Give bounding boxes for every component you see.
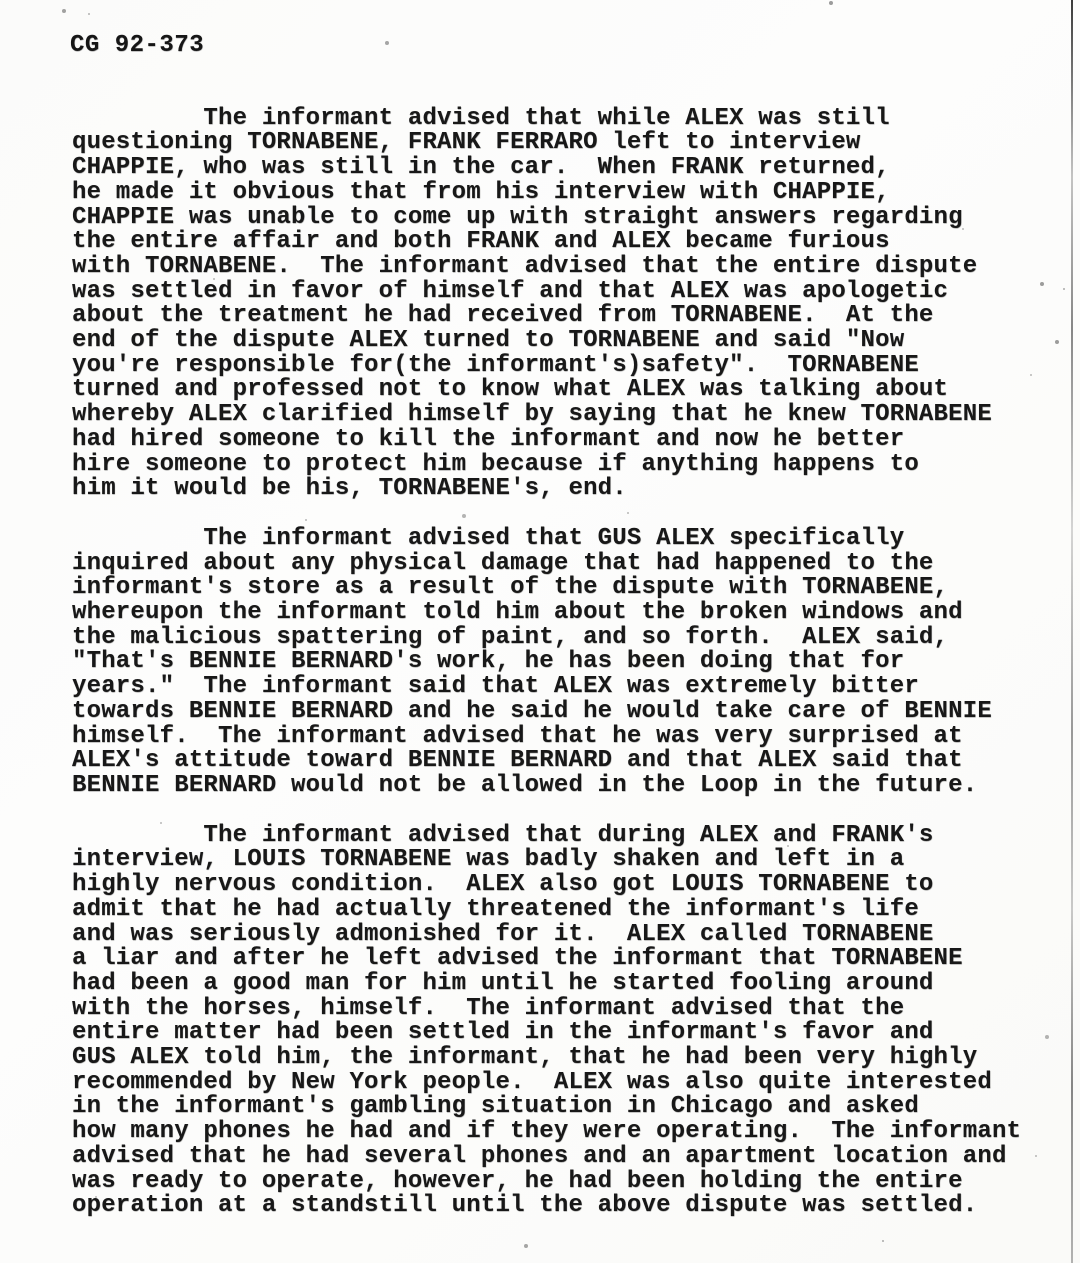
text-line: The informant advised that GUS ALEX spec… (72, 527, 1080, 552)
text-line: BENNIE BERNARD would not be allowed in t… (72, 774, 1080, 799)
text-line: whereupon the informant told him about t… (72, 601, 1080, 626)
text-line: a liar and after he left advised the inf… (72, 947, 1080, 972)
paragraph-1: The informant advised that while ALEX wa… (72, 107, 1080, 502)
text-line: years." The informant said that ALEX was… (72, 675, 1080, 700)
text-line: you're responsible for(the informant's)s… (72, 354, 1080, 379)
text-line: highly nervous condition. ALEX also got … (72, 873, 1080, 898)
text-line: The informant advised that while ALEX wa… (72, 107, 1080, 132)
text-line: hire someone to protect him because if a… (72, 453, 1080, 478)
text-line: had been a good man for him until he sta… (72, 972, 1080, 997)
text-line: ALEX's attitude toward BENNIE BERNARD an… (72, 749, 1080, 774)
paragraph-3: The informant advised that during ALEX a… (72, 824, 1080, 1219)
text-line: towards BENNIE BERNARD and he said he wo… (72, 700, 1080, 725)
text-line: with the horses, himself. The informant … (72, 997, 1080, 1022)
text-line: had hired someone to kill the informant … (72, 428, 1080, 453)
text-line: himself. The informant advised that he w… (72, 725, 1080, 750)
text-line: CHAPPIE, who was still in the car. When … (72, 156, 1080, 181)
text-line: The informant advised that during ALEX a… (72, 824, 1080, 849)
text-line: interview, LOUIS TORNABENE was badly sha… (72, 848, 1080, 873)
text-line: he made it obvious that from his intervi… (72, 181, 1080, 206)
text-line: and was seriously admonished for it. ALE… (72, 923, 1080, 948)
document-body: The informant advised that while ALEX wa… (72, 107, 1080, 1219)
text-line: about the treatment he had received from… (72, 304, 1080, 329)
text-line: was ready to operate, however, he had be… (72, 1170, 1080, 1195)
scan-edge-artifact (1071, 0, 1073, 1263)
text-line: turned and professed not to know what AL… (72, 378, 1080, 403)
text-line: was settled in favor of himself and that… (72, 280, 1080, 305)
text-line: advised that he had several phones and a… (72, 1145, 1080, 1170)
text-line: the malicious spattering of paint, and s… (72, 626, 1080, 651)
text-line: informant's store as a result of the dis… (72, 576, 1080, 601)
text-line: end of the dispute ALEX turned to TORNAB… (72, 329, 1080, 354)
text-line: CHAPPIE was unable to come up with strai… (72, 206, 1080, 231)
text-line: recommended by New York people. ALEX was… (72, 1071, 1080, 1096)
text-line: whereby ALEX clarified himself by saying… (72, 403, 1080, 428)
text-line: how many phones he had and if they were … (72, 1120, 1080, 1145)
text-line: with TORNABENE. The informant advised th… (72, 255, 1080, 280)
scan-speckles (0, 0, 2, 2)
text-line: admit that he had actually threatened th… (72, 898, 1080, 923)
document-page: CG 92-373 The informant advised that whi… (0, 0, 1080, 1263)
text-line: entire matter had been settled in the in… (72, 1021, 1080, 1046)
text-line: operation at a standstill until the abov… (72, 1194, 1080, 1219)
text-line: GUS ALEX told him, the informant, that h… (72, 1046, 1080, 1071)
text-line: him it would be his, TORNABENE's, end. (72, 477, 1080, 502)
text-line: inquired about any physical damage that … (72, 552, 1080, 577)
text-line: the entire affair and both FRANK and ALE… (72, 230, 1080, 255)
text-line: questioning TORNABENE, FRANK FERRARO lef… (72, 131, 1080, 156)
text-line: "That's BENNIE BERNARD's work, he has be… (72, 650, 1080, 675)
paragraph-2: The informant advised that GUS ALEX spec… (72, 527, 1080, 799)
text-line: in the informant's gambling situation in… (72, 1095, 1080, 1120)
file-number: CG 92-373 (70, 0, 1080, 59)
